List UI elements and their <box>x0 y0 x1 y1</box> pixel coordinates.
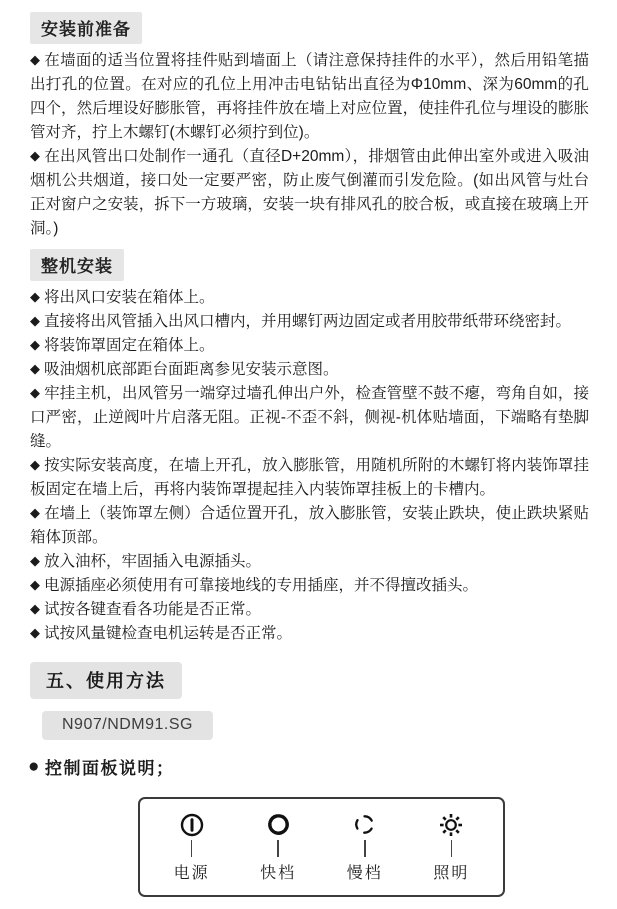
diamond-bullet-icon: ◆ <box>30 148 40 163</box>
panel-button-label: 电源 <box>174 860 210 883</box>
connector-line <box>191 840 193 857</box>
panel-button-label: 慢档 <box>347 860 383 883</box>
control-panel-heading-label: 控制面板说明； <box>45 754 175 779</box>
diamond-bullet-icon: ◆ <box>30 553 40 568</box>
section-title-pre-install: 安装前准备 <box>30 12 142 44</box>
power-icon <box>179 811 205 838</box>
panel-button-fan-fast: 快档 <box>243 811 313 883</box>
fan-slow-icon <box>351 811 378 838</box>
diamond-bullet-icon: ◆ <box>30 385 40 400</box>
instruction-item: ◆直接将出风管插入出风口槽内，并用螺钉两边固定或者用胶带纸带环绕密封。 <box>30 310 589 334</box>
instruction-item: ◆在墙面的适当位置将挂件贴到墙面上（请注意保持挂件的水平），然后用铅笔描出打孔的… <box>30 49 589 145</box>
diamond-bullet-icon: ◆ <box>30 313 40 328</box>
pre-install-bullet-list: ◆在墙面的适当位置将挂件贴到墙面上（请注意保持挂件的水平），然后用铅笔描出打孔的… <box>30 49 589 241</box>
section-title-whole-install: 整机安装 <box>30 249 124 281</box>
panel-button-label: 快档 <box>260 860 296 883</box>
control-panel-box: 电源快档慢档照明 <box>138 797 505 897</box>
diamond-bullet-icon: ◆ <box>30 505 40 520</box>
instruction-item: ◆在出风管出口处制作一通孔（直径D+20mm），排烟管由此伸出室外或进入吸油烟机… <box>30 145 589 241</box>
diamond-bullet-icon: ◆ <box>30 52 40 67</box>
section-whole-install: 整机安装 ◆将出风口安装在箱体上。◆直接将出风管插入出风口槽内，并用螺钉两边固定… <box>30 249 589 646</box>
fan-fast-icon <box>265 811 292 838</box>
panel-button-label: 照明 <box>433 860 469 883</box>
control-panel-heading: ● 控制面板说明； <box>28 754 589 779</box>
connector-line <box>277 840 279 857</box>
diamond-bullet-icon: ◆ <box>30 625 40 640</box>
diamond-bullet-icon: ◆ <box>30 361 40 376</box>
manual-page: 安装前准备 ◆在墙面的适当位置将挂件贴到墙面上（请注意保持挂件的水平），然后用铅… <box>0 0 617 897</box>
panel-button-light: 照明 <box>416 811 486 883</box>
instruction-item: ◆牢挂主机，出风管另一端穿过墙孔伸出户外，检查管壁不鼓不瘪，弯角自如，接口严密，… <box>30 382 589 454</box>
diamond-bullet-icon: ◆ <box>30 289 40 304</box>
instruction-item: ◆按实际安装高度，在墙上开孔，放入膨胀管，用随机所附的木螺钉将内装饰罩挂板固定在… <box>30 454 589 502</box>
whole-install-bullet-list: ◆将出风口安装在箱体上。◆直接将出风管插入出风口槽内，并用螺钉两边固定或者用胶带… <box>30 286 589 646</box>
model-number: N907/NDM91.SG <box>42 711 213 740</box>
instruction-item: ◆试按风量键检查电机运转是否正常。 <box>30 622 589 646</box>
diamond-bullet-icon: ◆ <box>30 577 40 592</box>
instruction-item: ◆吸油烟机底部距台面距离参见安装示意图。 <box>30 358 589 382</box>
instruction-item: ◆将出风口安装在箱体上。 <box>30 286 589 310</box>
instruction-item: ◆试按各键查看各功能是否正常。 <box>30 598 589 622</box>
instruction-item: ◆电源插座必须使用有可靠接地线的专用插座，并不得擅改插头。 <box>30 574 589 598</box>
diamond-bullet-icon: ◆ <box>30 601 40 616</box>
section-title-usage: 五、使用方法 <box>30 662 182 699</box>
instruction-item: ◆在墙上（装饰罩左侧）合适位置开孔，放入膨胀管，安装止跌块，使止跌块紧贴箱体顶部… <box>30 502 589 550</box>
usage-header-row: 五、使用方法 <box>30 662 589 699</box>
instruction-item: ◆将装饰罩固定在箱体上。 <box>30 334 589 358</box>
panel-button-fan-slow: 慢档 <box>330 811 400 883</box>
connector-line <box>364 840 366 857</box>
diamond-bullet-icon: ◆ <box>30 337 40 352</box>
panel-button-power: 电源 <box>157 811 227 883</box>
dot-bullet-icon: ● <box>28 757 41 776</box>
section-pre-install: 安装前准备 ◆在墙面的适当位置将挂件贴到墙面上（请注意保持挂件的水平），然后用铅… <box>30 12 589 241</box>
connector-line <box>451 840 453 857</box>
instruction-item: ◆放入油杯，牢固插入电源插头。 <box>30 550 589 574</box>
light-icon <box>438 811 464 838</box>
model-row: N907/NDM91.SG <box>42 711 589 740</box>
diamond-bullet-icon: ◆ <box>30 457 40 472</box>
